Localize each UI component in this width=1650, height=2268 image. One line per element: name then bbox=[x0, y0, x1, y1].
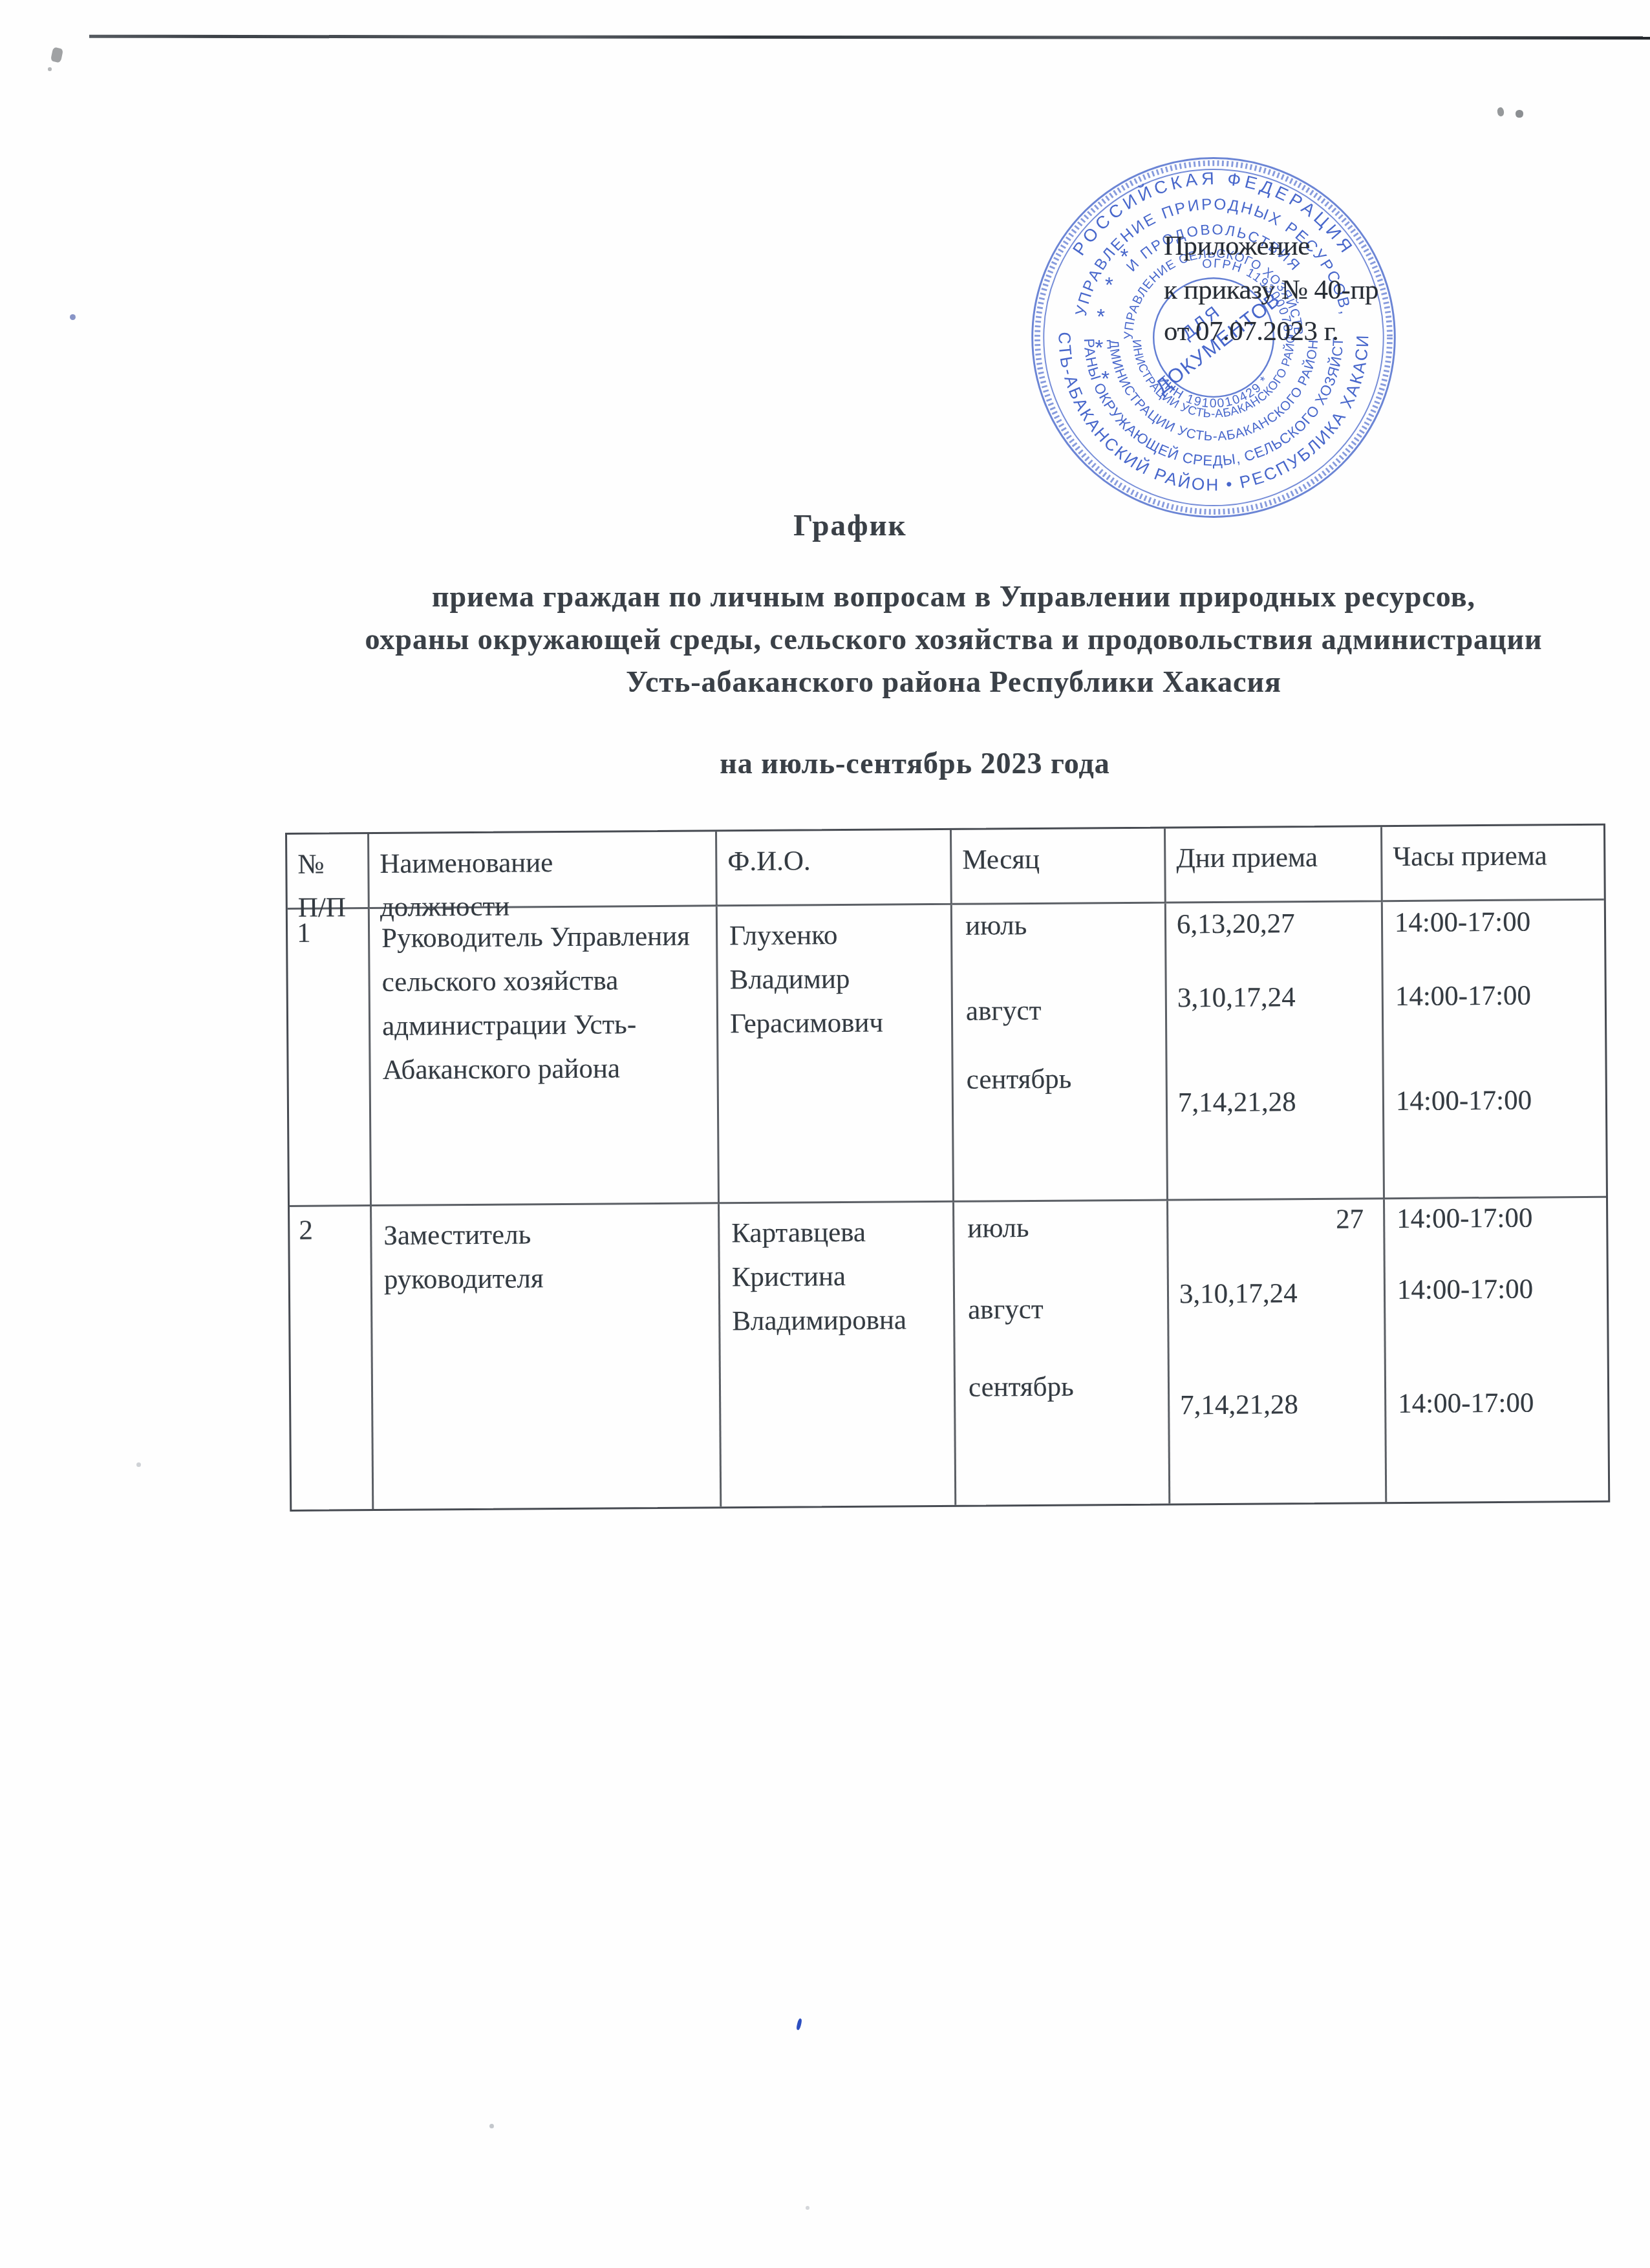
svg-text:*: * bbox=[1097, 305, 1105, 328]
month-entry: август bbox=[966, 995, 1042, 1027]
annotation-line-1: Приложение bbox=[1164, 230, 1310, 262]
hours-entry: 14:00-17:00 bbox=[1397, 1274, 1534, 1306]
hours-entry: 14:00-17:00 bbox=[1395, 980, 1532, 1012]
month-entry: июль bbox=[967, 1212, 1029, 1245]
svg-text:*: * bbox=[1101, 367, 1109, 391]
header-cell-month: Месяц bbox=[952, 828, 1166, 904]
row-number: 1 bbox=[288, 909, 372, 1207]
hours-entry: 14:00-17:00 bbox=[1396, 1085, 1532, 1117]
header-line: Ф.И.О. bbox=[727, 839, 943, 884]
header-line: Наименование bbox=[380, 840, 709, 886]
header-line: Часы приема bbox=[1393, 835, 1597, 879]
header-cell-hours: Часы приема bbox=[1382, 826, 1604, 902]
scan-speck bbox=[489, 2124, 494, 2128]
hours-entry: 14:00-17:00 bbox=[1395, 906, 1531, 939]
reception-schedule-table: № П/П Наименование должности Ф.И.О. Меся… bbox=[285, 824, 1610, 1512]
scan-speck bbox=[70, 314, 76, 320]
days-entry: 7,14,21,28 bbox=[1178, 1086, 1296, 1118]
scan-speck bbox=[796, 2018, 802, 2031]
days-entry: 3,10,17,24 bbox=[1177, 981, 1296, 1014]
document-subtitle-line-1: приема граждан по личным вопросам в Упра… bbox=[259, 579, 1649, 614]
scan-speck bbox=[48, 67, 52, 71]
annotation-line-3: от 07.07.2023 г. bbox=[1164, 316, 1338, 347]
row-months: июль август сентябрь bbox=[952, 903, 1168, 1202]
document-subtitle-line-3: Усть-абаканского района Республики Хакас… bbox=[259, 665, 1649, 699]
header-cell-position: Наименование должности bbox=[369, 831, 718, 909]
document-title: График bbox=[259, 508, 1442, 543]
row-reception-hours: 14:00-17:00 14:00-17:00 14:00-17:00 bbox=[1385, 1198, 1608, 1502]
month-entry: август bbox=[968, 1294, 1044, 1326]
hours-entry: 14:00-17:00 bbox=[1398, 1387, 1534, 1420]
scan-edge-line bbox=[89, 35, 1650, 40]
row-months: июль август сентябрь bbox=[954, 1201, 1170, 1504]
days-entry: 3,10,17,24 bbox=[1179, 1278, 1298, 1310]
month-entry: июль bbox=[965, 910, 1027, 942]
scan-speck bbox=[50, 47, 63, 63]
header-line: № bbox=[297, 843, 361, 886]
month-entry: сентябрь bbox=[969, 1371, 1074, 1404]
header-cell-number: № П/П bbox=[287, 834, 370, 910]
row-fio: Глухенко Владимир Герасимович bbox=[718, 905, 954, 1204]
header-cell-name: Ф.И.О. bbox=[717, 830, 952, 907]
scan-speck bbox=[136, 1462, 141, 1467]
svg-text:*: * bbox=[1105, 273, 1113, 297]
days-entry: 6,13,20,27 bbox=[1177, 908, 1295, 940]
scanned-document-page: РОССИЙСКАЯ ФЕДЕРАЦИЯ УСТЬ-АБАКАНСКИЙ РАЙ… bbox=[0, 0, 1650, 2268]
row-position: Руководитель Управления сельского хозяйс… bbox=[370, 906, 720, 1206]
scan-speck bbox=[1497, 107, 1505, 116]
document-subtitle-line-2: охраны окружающей среды, сельского хозяй… bbox=[259, 622, 1649, 656]
header-cell-days: Дни приема bbox=[1166, 827, 1383, 903]
row-number: 2 bbox=[290, 1206, 374, 1510]
row-reception-days: 27 3,10,17,24 7,14,21,28 bbox=[1168, 1199, 1387, 1503]
document-period: на июль-сентябрь 2023 года bbox=[220, 746, 1610, 780]
hours-entry: 14:00-17:00 bbox=[1397, 1203, 1533, 1235]
annotation-line-2: к приказу № 40-пр bbox=[1164, 274, 1378, 306]
row-position: Заместитель руководителя bbox=[372, 1204, 722, 1509]
svg-text:*: * bbox=[1095, 336, 1103, 359]
header-line: Месяц bbox=[962, 838, 1157, 883]
days-entry: 27 bbox=[1336, 1203, 1364, 1235]
scan-speck bbox=[806, 2206, 809, 2210]
scan-speck bbox=[1516, 110, 1523, 118]
row-reception-days: 6,13,20,27 3,10,17,24 7,14,21,28 bbox=[1166, 902, 1385, 1201]
row-fio: Картавцева Кристина Владимировна bbox=[720, 1203, 956, 1507]
svg-text:*: * bbox=[1120, 244, 1128, 268]
days-entry: 7,14,21,28 bbox=[1180, 1389, 1298, 1421]
row-reception-hours: 14:00-17:00 14:00-17:00 14:00-17:00 bbox=[1383, 901, 1606, 1199]
month-entry: сентябрь bbox=[967, 1064, 1072, 1096]
header-line: Дни приема bbox=[1176, 836, 1374, 881]
